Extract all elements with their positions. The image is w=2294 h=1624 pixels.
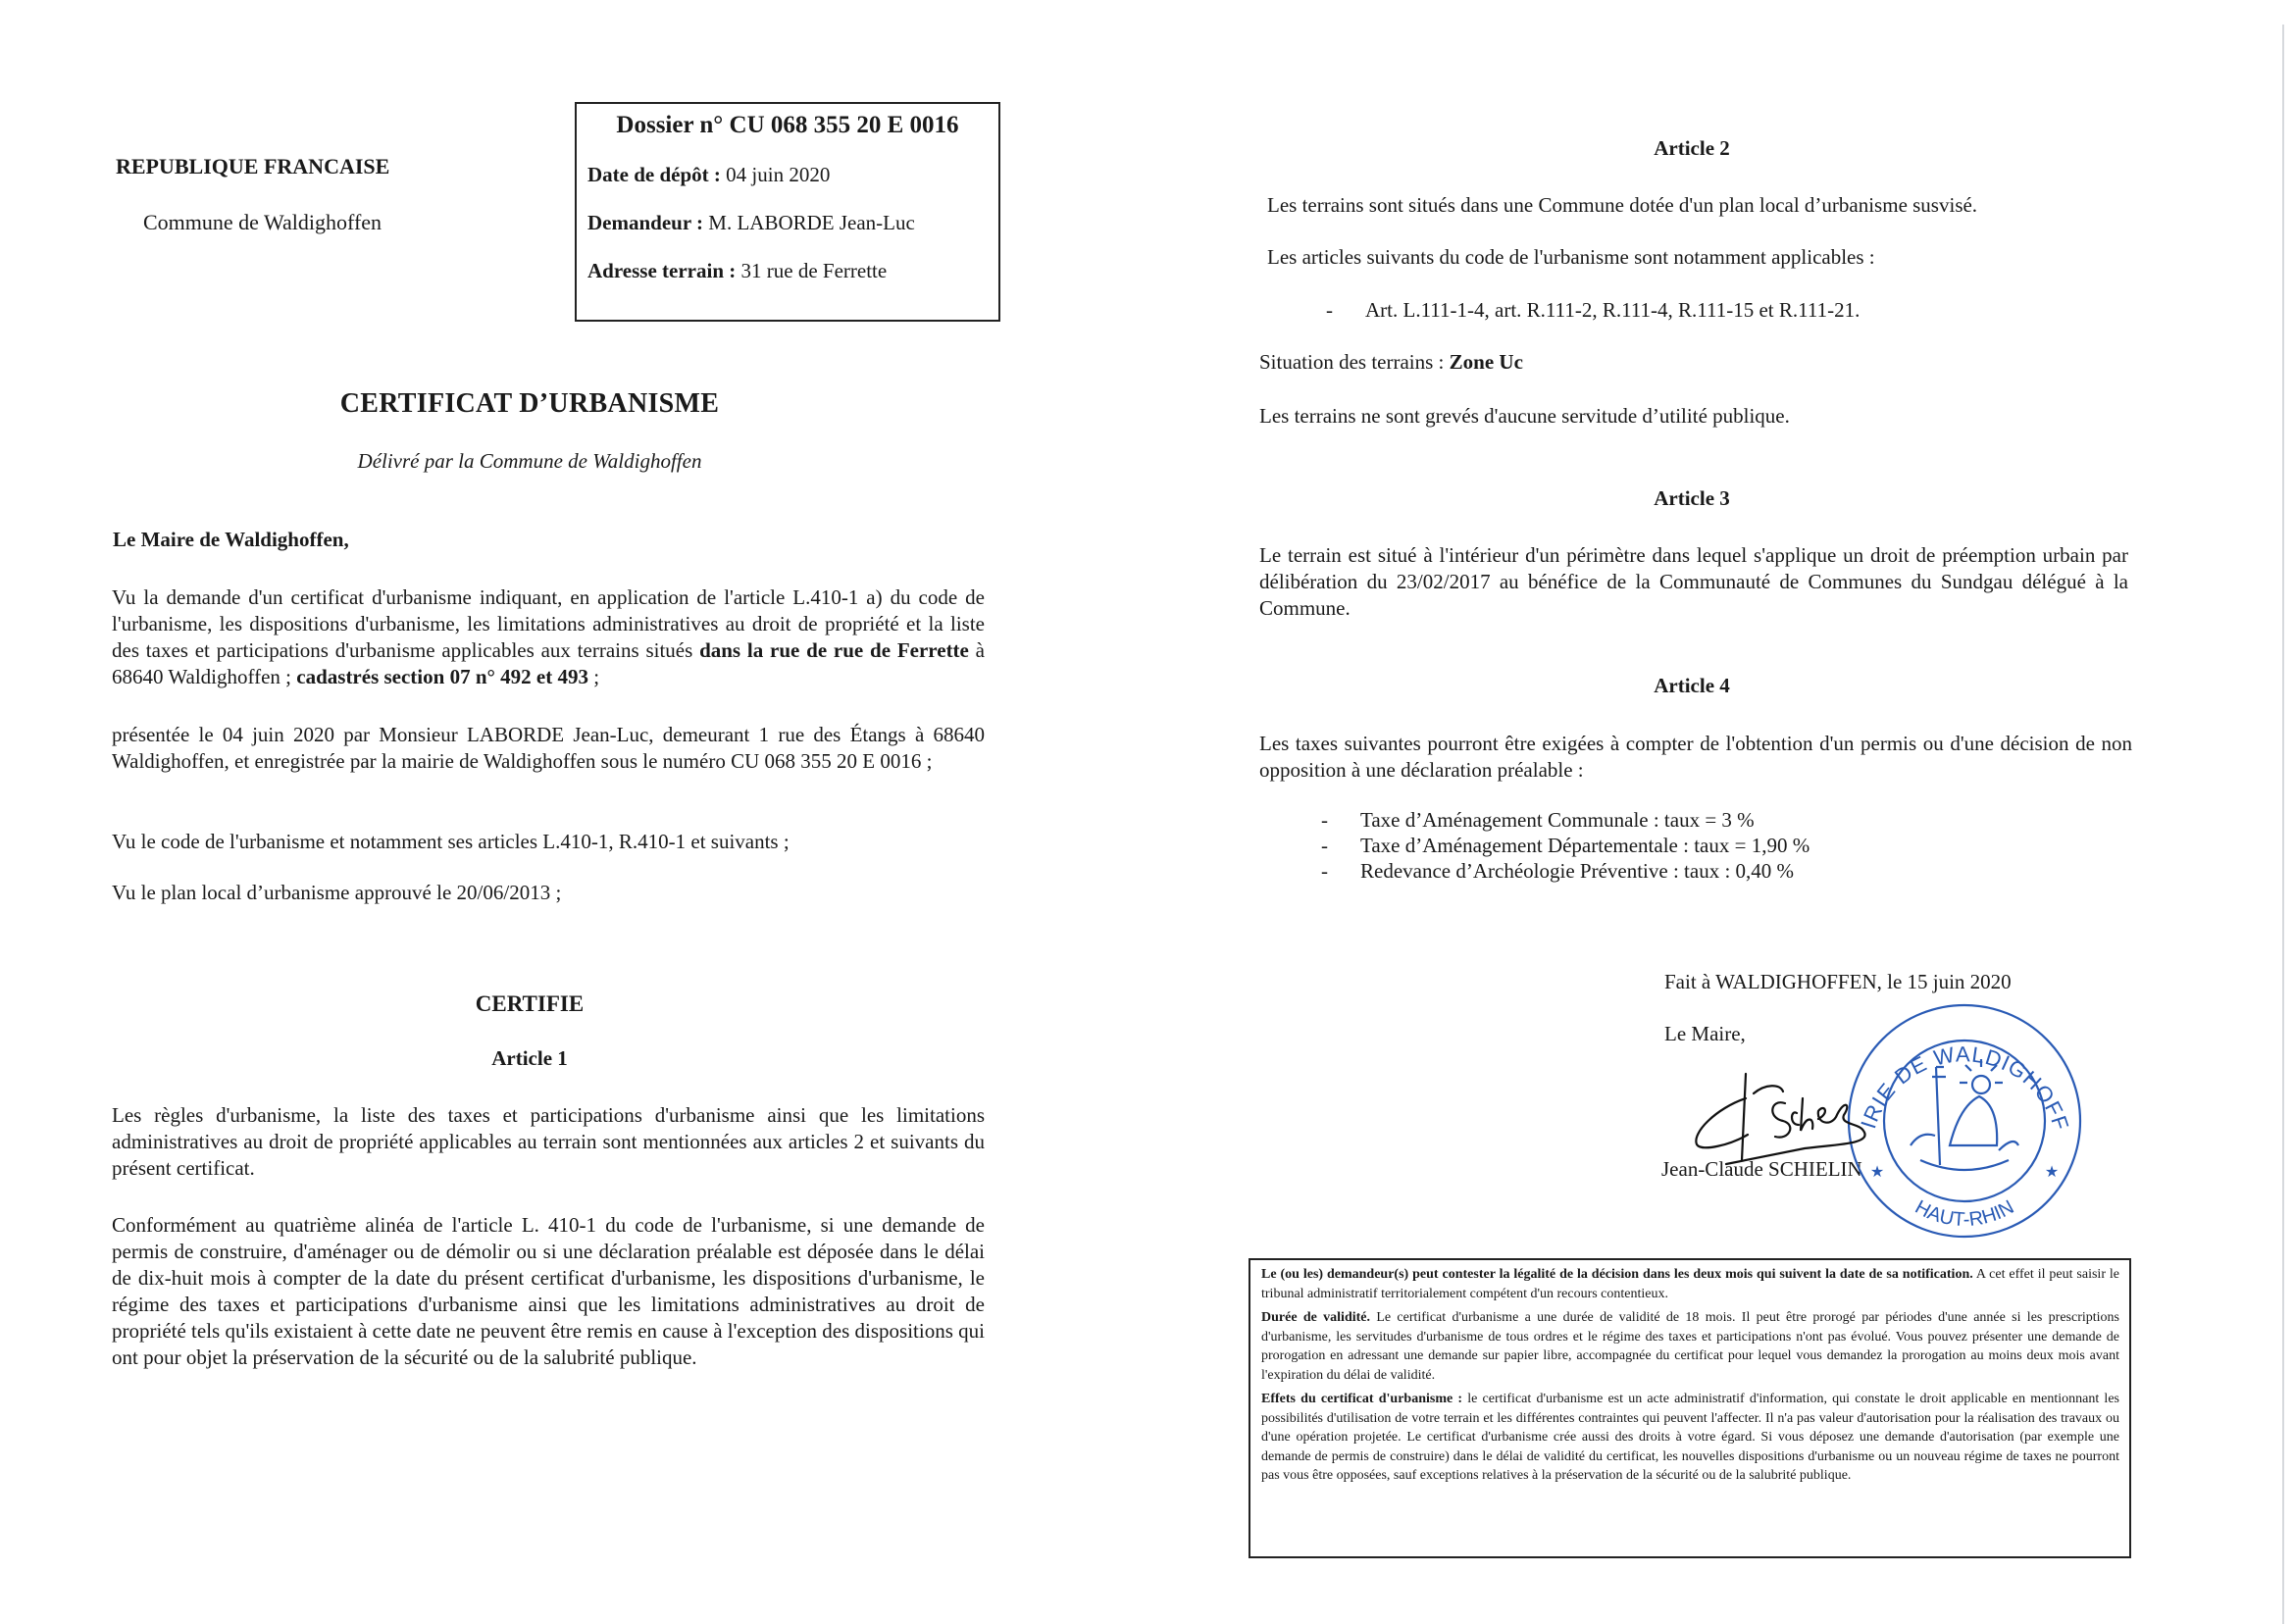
applicant-row: Demandeur : M. LABORDE Jean-Luc bbox=[587, 211, 998, 235]
article-1-heading: Article 1 bbox=[118, 1046, 942, 1071]
zone-value: Zone Uc bbox=[1450, 350, 1523, 374]
article-2-heading: Article 2 bbox=[1250, 136, 2133, 161]
address-value: 31 rue de Ferrette bbox=[741, 259, 888, 282]
svg-text:★: ★ bbox=[2045, 1164, 2059, 1181]
article-4-heading: Article 4 bbox=[1250, 674, 2133, 698]
applicant-label: Demandeur : bbox=[587, 211, 703, 234]
signatory-role: Le Maire, bbox=[1664, 1022, 1746, 1046]
article-2-paragraph-1: Les terrains sont situés dans une Commun… bbox=[1267, 192, 2150, 219]
notice-validity: Durée de validité. Le certificat d'urban… bbox=[1261, 1308, 2119, 1385]
notice-effects-heading: Effets du certificat d'urbanisme : bbox=[1261, 1392, 1462, 1406]
certifie-heading: CERTIFIE bbox=[118, 991, 942, 1017]
notice-validity-text: Le certificat d'urbanisme a une durée de… bbox=[1261, 1310, 2119, 1383]
article-2-paragraph-servitude: Les terrains ne sont grevés d'aucune ser… bbox=[1259, 403, 2142, 430]
dossier-box: Dossier n° CU 068 355 20 E 0016 Date de … bbox=[575, 102, 1000, 322]
zone-label: Situation des terrains : bbox=[1259, 350, 1450, 374]
punctuation: ; bbox=[588, 665, 599, 688]
cadastral-reference: cadastrés section 07 n° 492 et 493 bbox=[296, 665, 588, 688]
filing-date-row: Date de dépôt : 04 juin 2020 bbox=[587, 163, 998, 187]
document-title: CERTIFICAT D’URBANISME bbox=[118, 388, 942, 420]
scan-edge-line bbox=[2282, 25, 2284, 1624]
article-1-paragraph-1: Les règles d'urbanisme, la liste des tax… bbox=[112, 1102, 985, 1182]
address-label: Adresse terrain : bbox=[587, 259, 736, 282]
dossier-number: Dossier n° CU 068 355 20 E 0016 bbox=[587, 112, 998, 139]
bullet-dash: - bbox=[1321, 807, 1360, 833]
bullet-dash: - bbox=[1321, 858, 1360, 884]
mayor-salutation: Le Maire de Waldighoffen, bbox=[113, 528, 349, 552]
tax-departmental: Taxe d’Aménagement Départementale : taux… bbox=[1360, 833, 1810, 858]
article-4-paragraph: Les taxes suivantes pourront être exigée… bbox=[1259, 731, 2132, 784]
commune-name: Commune de Waldighoffen bbox=[143, 210, 382, 235]
article-3-heading: Article 3 bbox=[1250, 486, 2133, 511]
article-1-paragraph-2: Conformément au quatrième alinéa de l'ar… bbox=[112, 1212, 985, 1371]
applicant-value: M. LABORDE Jean-Luc bbox=[708, 211, 915, 234]
zone-situation: Situation des terrains : Zone Uc bbox=[1259, 349, 2142, 376]
street-location: dans la rue de rue de Ferrette bbox=[699, 638, 969, 662]
document-subtitle: Délivré par la Commune de Waldighoffen bbox=[118, 449, 942, 474]
place-and-date: Fait à WALDIGHOFFEN, le 15 juin 2020 bbox=[1664, 970, 2012, 994]
notice-effects: Effets du certificat d'urbanisme : le ce… bbox=[1261, 1390, 2119, 1486]
address-row: Adresse terrain : 31 rue de Ferrette bbox=[587, 259, 998, 283]
notice-appeal-heading: Le (ou les) demandeur(s) peut contester … bbox=[1261, 1267, 1973, 1282]
tax-communal: Taxe d’Aménagement Communale : taux = 3 … bbox=[1360, 807, 1755, 833]
filing-date-label: Date de dépôt : bbox=[587, 163, 721, 186]
article-2-list-item: - Art. L.111-1-4, art. R.111-2, R.111-4,… bbox=[1326, 297, 2150, 323]
article-3-paragraph: Le terrain est situé à l'intérieur d'un … bbox=[1259, 542, 2128, 622]
mayor-signature-icon bbox=[1687, 1054, 1912, 1172]
article-2-paragraph-2: Les articles suivants du code de l'urban… bbox=[1267, 244, 2150, 271]
legal-notice-box: Le (ou les) demandeur(s) peut contester … bbox=[1249, 1258, 2131, 1558]
tax-item: -Taxe d’Aménagement Communale : taux = 3… bbox=[1321, 807, 2125, 833]
considerant-submission: présentée le 04 juin 2020 par Monsieur L… bbox=[112, 722, 985, 775]
considerant-code: Vu le code de l'urbanisme et notamment s… bbox=[112, 829, 985, 855]
republic-heading: REPUBLIQUE FRANCAISE bbox=[116, 154, 389, 179]
bullet-dash: - bbox=[1326, 297, 1365, 323]
filing-date-value: 04 juin 2020 bbox=[726, 163, 830, 186]
considerant-plu: Vu le plan local d’urbanisme approuvé le… bbox=[112, 880, 985, 906]
tax-archaeology: Redevance d’Archéologie Préventive : tau… bbox=[1360, 858, 1794, 884]
tax-list: -Taxe d’Aménagement Communale : taux = 3… bbox=[1321, 807, 2125, 884]
considerant-request: Vu la demande d'un certificat d'urbanism… bbox=[112, 584, 985, 690]
notice-validity-heading: Durée de validité. bbox=[1261, 1310, 1370, 1325]
notice-appeal: Le (ou les) demandeur(s) peut contester … bbox=[1261, 1265, 2119, 1303]
tax-item: -Taxe d’Aménagement Départementale : tau… bbox=[1321, 833, 2125, 858]
applicable-articles: Art. L.111-1-4, art. R.111-2, R.111-4, R… bbox=[1365, 297, 1860, 323]
bullet-dash: - bbox=[1321, 833, 1360, 858]
tax-item: -Redevance d’Archéologie Préventive : ta… bbox=[1321, 858, 2125, 884]
